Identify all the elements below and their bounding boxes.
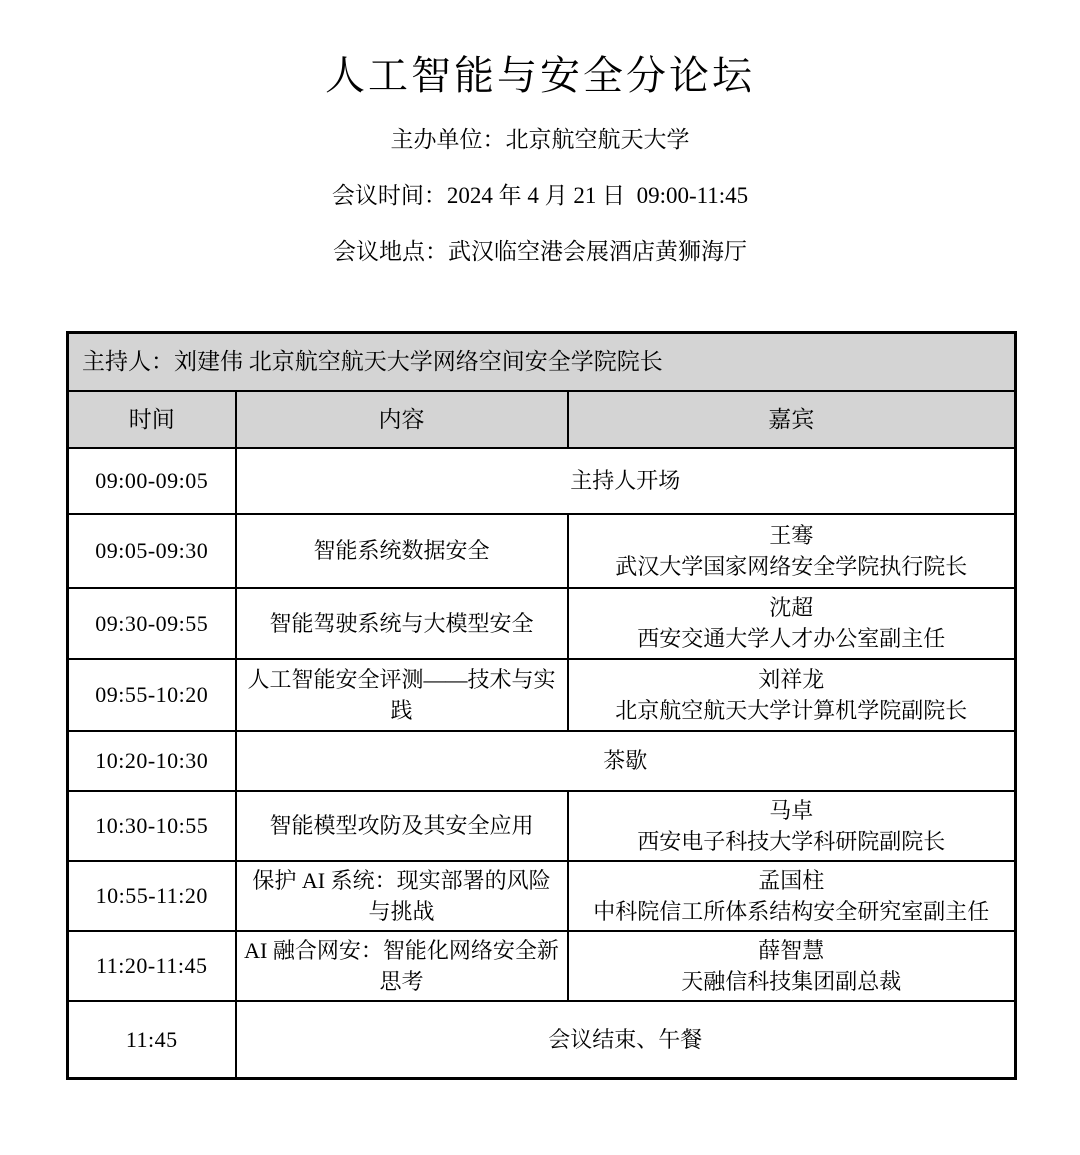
column-header-row: 时间 内容 嘉宾	[68, 391, 1016, 448]
guest-affiliation: 北京航空航天大学计算机学院副院长	[575, 695, 1009, 726]
merged-session-cell: 会议结束、午餐	[236, 1001, 1016, 1079]
table-row: 09:55-10:20 人工智能安全评测——技术与实践 刘祥龙 北京航空航天大学…	[68, 659, 1016, 731]
guest-affiliation: 西安电子科技大学科研院副院长	[575, 826, 1009, 857]
guest-affiliation: 天融信科技集团副总裁	[575, 966, 1009, 997]
moderator-row: 主持人：刘建伟 北京航空航天大学网络空间安全学院院长	[68, 333, 1016, 391]
table-row: 09:00-09:05 主持人开场	[68, 448, 1016, 514]
content-cell: 智能驾驶系统与大模型安全	[236, 588, 568, 659]
time-cell: 09:55-10:20	[68, 659, 236, 731]
content-cell: 保护 AI 系统：现实部署的风险与挑战	[236, 861, 568, 931]
guest-cell: 孟国柱 中科院信工所体系结构安全研究室副主任	[568, 861, 1016, 931]
guest-cell: 王骞 武汉大学国家网络安全学院执行院长	[568, 514, 1016, 588]
time-cell: 10:55-11:20	[68, 861, 236, 931]
moderator-line: 主持人：刘建伟 北京航空航天大学网络空间安全学院院长	[68, 333, 1016, 391]
guest-affiliation: 西安交通大学人才办公室副主任	[575, 623, 1009, 654]
guest-affiliation: 中科院信工所体系结构安全研究室副主任	[575, 896, 1009, 927]
time-cell: 09:30-09:55	[68, 588, 236, 659]
time-cell: 09:05-09:30	[68, 514, 236, 588]
column-header-content: 内容	[236, 391, 568, 448]
document-page: 人工智能与安全分论坛 主办单位：北京航空航天大学 会议时间：2024 年 4 月…	[0, 0, 1080, 1155]
guest-cell: 马卓 西安电子科技大学科研院副院长	[568, 791, 1016, 861]
time-cell: 11:20-11:45	[68, 931, 236, 1001]
guest-name: 沈超	[575, 592, 1009, 623]
guest-affiliation: 武汉大学国家网络安全学院执行院长	[575, 551, 1009, 582]
guest-name: 薛智慧	[575, 935, 1009, 966]
merged-session-cell: 茶歇	[236, 731, 1016, 791]
meeting-time-line: 会议时间：2024 年 4 月 21 日 09:00-11:45	[0, 183, 1080, 209]
column-header-guest: 嘉宾	[568, 391, 1016, 448]
table-row: 10:30-10:55 智能模型攻防及其安全应用 马卓 西安电子科技大学科研院副…	[68, 791, 1016, 861]
content-cell: AI 融合网安：智能化网络安全新思考	[236, 931, 568, 1001]
page-title: 人工智能与安全分论坛	[0, 0, 1080, 101]
guest-name: 王骞	[575, 520, 1009, 551]
table-row: 09:05-09:30 智能系统数据安全 王骞 武汉大学国家网络安全学院执行院长	[68, 514, 1016, 588]
table-row: 11:45 会议结束、午餐	[68, 1001, 1016, 1079]
guest-name: 马卓	[575, 795, 1009, 826]
merged-session-cell: 主持人开场	[236, 448, 1016, 514]
content-cell: 智能模型攻防及其安全应用	[236, 791, 568, 861]
time-cell: 10:20-10:30	[68, 731, 236, 791]
table-row: 11:20-11:45 AI 融合网安：智能化网络安全新思考 薛智慧 天融信科技…	[68, 931, 1016, 1001]
column-header-time: 时间	[68, 391, 236, 448]
content-cell: 人工智能安全评测——技术与实践	[236, 659, 568, 731]
time-cell: 09:00-09:05	[68, 448, 236, 514]
meeting-location-line: 会议地点：武汉临空港会展酒店黄狮海厅	[0, 239, 1080, 265]
table-row: 09:30-09:55 智能驾驶系统与大模型安全 沈超 西安交通大学人才办公室副…	[68, 588, 1016, 659]
guest-cell: 薛智慧 天融信科技集团副总裁	[568, 931, 1016, 1001]
table-row: 10:55-11:20 保护 AI 系统：现实部署的风险与挑战 孟国柱 中科院信…	[68, 861, 1016, 931]
time-cell: 10:30-10:55	[68, 791, 236, 861]
organizer-line: 主办单位：北京航空航天大学	[0, 127, 1080, 153]
content-cell: 智能系统数据安全	[236, 514, 568, 588]
time-cell: 11:45	[68, 1001, 236, 1079]
agenda-table: 主持人：刘建伟 北京航空航天大学网络空间安全学院院长 时间 内容 嘉宾 09:0…	[66, 331, 1017, 1080]
table-row: 10:20-10:30 茶歇	[68, 731, 1016, 791]
guest-name: 孟国柱	[575, 865, 1009, 896]
guest-cell: 刘祥龙 北京航空航天大学计算机学院副院长	[568, 659, 1016, 731]
guest-name: 刘祥龙	[575, 664, 1009, 695]
guest-cell: 沈超 西安交通大学人才办公室副主任	[568, 588, 1016, 659]
